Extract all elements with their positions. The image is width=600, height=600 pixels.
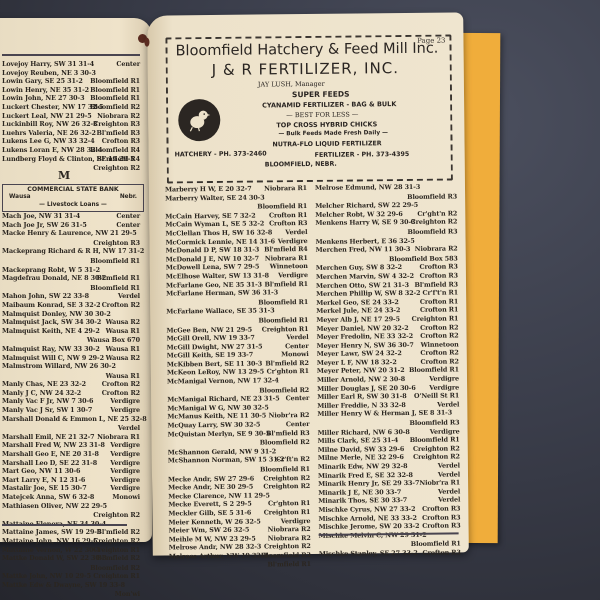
listing-name: Miller Arnold, NW 2 30-8 xyxy=(317,375,405,384)
listing-name: McFarlane Geo, NE 35 31-3 xyxy=(166,280,262,289)
listing-entry: Lovejoy Reuben, NE 3 30-3Bloomfield R1 xyxy=(2,69,140,78)
listing-town: Crofton R2 xyxy=(102,380,140,389)
listing-town: Verdigre xyxy=(278,237,308,246)
bank-tagline: — Livestock Loans — xyxy=(3,202,143,208)
listing-name: Miller Douglas J, SE 20 30-6 xyxy=(317,384,416,393)
right-column-1: Marberry H W, E 20 32-7Niobrara R1Marber… xyxy=(165,184,311,570)
listing-town: Verdigre xyxy=(110,406,140,415)
listing-name: Maibaum Konrad, SE 3 32-2 xyxy=(2,301,101,309)
listing-town: Crofton R3 xyxy=(422,504,460,513)
listing-name: Mattaine Vernon, W 22 30-4 xyxy=(2,546,100,554)
listing-name: Minarik Henry Jr, SE 29 33-7 xyxy=(318,479,419,488)
listing-town: Creighton R2 xyxy=(263,482,310,491)
listing-name: Milne David, SW 33 29-6 xyxy=(318,445,405,454)
listing-town: Creighton R1 xyxy=(93,572,140,581)
ad-chicks: TOP CROSS HYBRID CHICKS xyxy=(276,120,377,129)
listing-name: McElhose Walter, SW 13 31-8 xyxy=(166,271,269,280)
listing-name: McManus Keith, NE 11 30-5 xyxy=(167,412,266,421)
bank-title: COMMERCIAL STATE BANK xyxy=(3,186,143,193)
listing-continuation: Wausa R1 xyxy=(2,371,140,381)
listing-name: Melcher Richard, SW 22 29-5 xyxy=(315,201,418,210)
listing-name: Luckinbill Roy, NW 26 32-3 xyxy=(2,120,97,128)
listing-name: Mischke Cyrus, NW 27 33-2 xyxy=(318,505,415,514)
listing-name: Macke Henry & Laurence, NW 21 29-5 xyxy=(2,229,137,237)
listing-town: Crofton R1 xyxy=(420,297,458,306)
listing-town: Creighton R2 xyxy=(93,537,140,546)
listing-town: Verdigre xyxy=(110,459,140,468)
listing-name: Mastalir Joe, SE 15 30-7 xyxy=(2,484,87,492)
listing-name: Mattke Edw & Dwayne, SW 19 33-8 xyxy=(2,581,125,589)
listing-name: Magdefrau Donald, NE 8 30-2 xyxy=(2,274,106,282)
listing-entry: Mattke Edw & Dwayne, SW 19 33-8Mon'wi xyxy=(2,581,140,590)
listing-name: Manly Chas, NE 23 32-2 xyxy=(2,380,86,388)
listing-name: McCain Wyman L, SE 5 32-2 xyxy=(165,220,264,229)
listing-town: Verdel xyxy=(438,470,460,479)
hatchery-ad: Bloomfield Hatchery & Feed Mill Inc. J &… xyxy=(165,34,453,183)
listing-name: Marberry H W, E 20 32-7 xyxy=(165,185,252,194)
listing-entry: Malmquist Donley, NW 30 30-2Wausa R2 xyxy=(2,310,140,319)
listing-town: Wausa R1 xyxy=(106,327,140,336)
listing-town: Winnetoon xyxy=(421,340,459,349)
listing-town: Verdigre xyxy=(110,397,140,406)
listing-name: Milne Merle, NE 32 29-6 xyxy=(318,453,404,462)
listing-town: Bl'mfield R1 xyxy=(264,280,308,289)
listing-name: Merchen Guy, SW 8 32-2 xyxy=(316,263,402,272)
listing-name: McClellan Thos H, SW 16 32-8 xyxy=(165,228,272,237)
listing-entry: Mathiasen Oliver, NW 22 29-5 xyxy=(2,502,140,511)
listing-town: Bloomfield R1 xyxy=(90,77,140,86)
right-page: Page 23 Bloomfield Hatchery & Feed Mill … xyxy=(147,12,469,555)
listing-entry: Mach Joe, NW 31 31-4Center xyxy=(2,212,140,221)
listing-name: Luehrs Valeria, NE 26 32-2 xyxy=(2,129,96,137)
listing-name: McKibben Bert, SE 11 30-3 xyxy=(167,359,262,368)
listing-name: Melrose Arthur, NW 19 32-3 xyxy=(169,551,268,560)
listing-continuation: Creighton R2 xyxy=(2,510,140,520)
listing-name: Mattke Donald W, SW 22 30-3 xyxy=(2,554,107,562)
listing-town: Crofton R3 xyxy=(102,137,140,146)
ad-nutra-flo: NUTRA-FLO LIQUID FERTILIZER xyxy=(273,140,382,148)
bottom-rule xyxy=(2,524,127,526)
listing-name: Melcher Robt, W 32 29-6 xyxy=(315,210,403,219)
listing-town: Center xyxy=(116,60,140,69)
listing-entry: Marshall Leo D, SE 22 31-8Verdigre xyxy=(2,459,140,468)
listing-town: Verdel xyxy=(285,228,307,237)
listing-town: Mon'wi xyxy=(115,590,140,599)
listing-name: Lukens Loran E, NW 28 32-4 xyxy=(2,146,102,154)
listing-town: Verdigre xyxy=(110,476,140,485)
listing-town: Verdigre xyxy=(110,467,140,476)
ad-fertilizer-name: J & R FERTILIZER, INC. xyxy=(212,59,399,79)
listing-name: Miller Freddie, N 33 32-8 xyxy=(317,401,406,410)
listing-name: Meyer Daniel, NW 20 32-2 xyxy=(316,323,408,332)
listing-name: Meckler Gilb, SE 5 31-6 xyxy=(168,509,251,518)
listing-town: Verdigre xyxy=(430,427,460,436)
listing-name: McDonald J E, NW 10 32-7 xyxy=(166,254,259,263)
listing-town: Center xyxy=(286,394,310,403)
listing-name: Meyer Alb J, NE 17 29-5 xyxy=(316,315,400,324)
listing-town: Bl'mfield R3 xyxy=(266,429,310,438)
listing-name: Lowin John, NE 27 30-3 xyxy=(2,94,84,102)
listing-name: McFarlane Wallace, SE 35 31-3 xyxy=(166,307,274,316)
listing-town: Crofton R2 xyxy=(420,332,458,341)
listing-town: Verdigre xyxy=(429,383,459,392)
listing-town: Verdel xyxy=(438,496,460,505)
listing-name: Luckert Leal, NW 21 29-5 xyxy=(2,112,92,120)
listing-entry: Macke Henry & Laurence, NW 21 29-5 xyxy=(2,229,140,238)
listing-name: Marshall Leo D, SE 22 31-8 xyxy=(2,459,97,467)
listing-name: Malmquist Jack, SW 34 30-2 xyxy=(2,318,101,326)
listing-name: McKeon LeRoy, NW 13 29-5 xyxy=(167,368,264,377)
listing-name: McQuay Larry, SW 30 32-5 xyxy=(167,421,260,430)
listing-town: Monowi xyxy=(112,493,140,502)
listing-name: Merchen Fred, NW 11 30-3 xyxy=(316,245,411,254)
listing-name: Mackeprang Richard & R H, NW 17 31-2 xyxy=(2,247,144,255)
listing-name: Malmquist Donley, NW 30 30-2 xyxy=(2,310,111,318)
listing-name: McShannon Gerald, NW 9 31-2 xyxy=(168,447,276,456)
listing-town: Crofton R3 xyxy=(419,263,457,272)
listing-town: Crofton R3 xyxy=(422,513,460,522)
listing-entry: Mart Geo, NW 11 30-6Verdigre xyxy=(2,467,140,476)
listing-name: McManigal W G, NW 30 32-5 xyxy=(167,403,269,412)
listing-name: Meyer L F, NW 18 32-2 xyxy=(317,358,397,367)
listing-town: Center xyxy=(285,342,309,351)
listing-name: Lundberg Floyd & Clinton, SE 19 29-5 xyxy=(2,155,135,163)
listing-town: Wausa R2 xyxy=(106,318,140,327)
listing-name: Minarik Edw, NW 29 32-8 xyxy=(318,462,408,471)
listing-town: Center xyxy=(116,212,140,221)
ad-best-for-less: — BEST FOR LESS — xyxy=(286,110,358,119)
listing-entry: Mastalir Joe, SE 15 30-7Verdigre xyxy=(2,484,140,493)
listing-town: Crofton R3 xyxy=(269,219,307,228)
ad-location: BLOOMFIELD, NEBR. xyxy=(265,161,337,169)
listing-name: Mecke Andr, SW 27 29-6 xyxy=(168,474,254,483)
listing-town: Verdigre xyxy=(278,271,308,280)
listing-town: Creighton R3 xyxy=(93,120,140,129)
listing-name: Merkel Jule, NE 24 33-2 xyxy=(316,306,400,315)
listing-name: McGill Dwight, NW 27 31-5 xyxy=(167,342,263,351)
listing-name: Melrose Edmund, NW 28 31-3 xyxy=(315,183,420,192)
listing-name: McShannon Norman, SW 15 31-2 xyxy=(168,456,285,465)
listing-town: Crofton R3 xyxy=(422,522,460,531)
listing-entry: Matejcek Anna, SW 6 32-8Monowi xyxy=(2,493,140,502)
listing-entry: Manly J C, NW 24 32-2Crofton R2 xyxy=(2,389,140,398)
listing-name: McManigal Vernon, NW 17 32-4 xyxy=(167,376,279,385)
listing-town: Verdel xyxy=(438,487,460,496)
listing-town: Monowi xyxy=(281,350,309,359)
left-page: Lovejoy Harry, SW 31 31-4CenterLovejoy R… xyxy=(0,18,152,542)
listing-entry: Marshall Geo E, NE 20 31-8Verdigre xyxy=(2,450,140,459)
listing-name: Malmstrom Willard, NW 26 30-2 xyxy=(2,362,116,370)
listing-entry: Maibaum Konrad, SE 3 32-2Crofton R2 xyxy=(2,301,140,310)
listing-name: Miller Earl R, SW 30 31-8 xyxy=(317,392,407,401)
listing-name: Lukens Lee G, NW 33 32-4 xyxy=(2,137,95,145)
listing-continuation: Creighton R3 xyxy=(2,238,140,248)
listing-town: Crofton R3 xyxy=(420,271,458,280)
listing-entry: Mart Larry E, N 12 31-6Verdigre xyxy=(2,476,140,485)
listing-name: Manly Vac J Sr, SW 1 30-7 xyxy=(2,406,92,414)
listing-town: Niobrara R2 xyxy=(97,112,140,121)
listing-town: Niobrara R2 xyxy=(415,245,458,254)
listing-town: Wausa R2 xyxy=(106,354,140,363)
listing-name: Meier Kenneth, W 26 32-5 xyxy=(168,517,260,526)
listing-name: Miller Henry W & Herman J, SE 8 31-3 xyxy=(317,409,452,418)
ad-hatchery-phone: HATCHERY - PH. 373-2460 xyxy=(175,150,267,158)
listing-town: Verdigre xyxy=(110,450,140,459)
listing-name: Mischke Stanley, SE 27 33-2 xyxy=(319,549,418,558)
listing-name: Mattaine James, SW 19 29-5 xyxy=(2,528,101,536)
listing-name: Mart Larry E, N 12 31-6 xyxy=(2,476,85,484)
listing-town: Crofton R1 xyxy=(269,211,307,220)
listing-name: Mathiasen Oliver, NW 22 29-5 xyxy=(2,502,107,510)
listing-name: Manly Vac F Jr, NW 7 30-6 xyxy=(2,397,93,405)
listing-entry: Malmquist Ray, NW 33 30-2Wausa R1 xyxy=(2,345,140,354)
listing-entry: Mahon John, SW 22 33-8Verdel xyxy=(2,292,140,301)
listing-name: Meyer Fredolin, NE 33 32-2 xyxy=(317,332,414,341)
listing-name: McDowell Lena, SW 7 29-5 xyxy=(166,263,260,272)
section-letter: M xyxy=(58,169,70,182)
listing-name: Miller Richard, NW 6 30-8 xyxy=(318,428,410,437)
listing-town: Bloomfield R1 xyxy=(90,86,140,95)
listing-continuation: Bloomfield R1 xyxy=(2,256,140,266)
listing-name: Lowin Henry, NE 35 31-2 xyxy=(2,86,89,94)
listing-name: Meyer Henry N, SW 36 30-7 xyxy=(317,341,414,350)
listing-entry: Miller Henry W & Herman J, SE 8 31-3 xyxy=(317,409,459,419)
listing-town: Center xyxy=(286,420,310,429)
listing-name: Minarik Thos, SE 30 33-7 xyxy=(318,496,407,505)
listing-name: McGee Ben, NW 21 29-5 xyxy=(166,325,252,334)
listing-town: Center xyxy=(116,221,140,230)
listing-name: Lowin Gary, SE 25 31-2 xyxy=(2,77,83,85)
listing-name: McDonald D P, SW 18 31-3 xyxy=(166,246,260,255)
listing-town: Wausa R1 xyxy=(106,345,140,354)
listing-name: Meyer Peter, NW 20 31-2 xyxy=(317,366,405,375)
listing-continuation: Bloomfield R1 xyxy=(2,283,140,293)
bank-city: Wausa xyxy=(9,194,31,200)
listing-town: Verdel xyxy=(438,461,460,470)
listing-continuation: Bloomfield R2 xyxy=(2,563,140,573)
listing-name: Mahon John, SW 22 33-8 xyxy=(2,292,89,300)
listing-name: Meyer Lawr, SW 24 32-2 xyxy=(317,349,402,358)
listing-name: Marberry Walter, SE 24 30-3 xyxy=(165,193,265,202)
listing-name: Manly J C, NW 24 32-2 xyxy=(2,389,81,397)
listing-name: Matejcek Anna, SW 6 32-8 xyxy=(2,493,94,501)
listing-entry: Marshall Emil, NE 21 32-7Niobrara R1 xyxy=(2,433,140,442)
listing-entry: Mach Joe Jr, SW 26 31-5Center xyxy=(2,221,140,230)
listing-name: Marshall Emil, NE 21 32-7 xyxy=(2,433,95,441)
listing-entry: Mackeprang Richard & R H, NW 17 31-2 xyxy=(2,247,140,256)
listing-name: Mattke John, NW 10 29-5 xyxy=(2,572,91,580)
listing-town: Bl'mfield R2 xyxy=(97,528,140,537)
listing-name: Mach Joe, NW 31 31-4 xyxy=(2,212,80,220)
bank-ad: COMMERCIAL STATE BANK Wausa Nebr. — Live… xyxy=(2,184,144,212)
top-rule xyxy=(2,54,140,56)
listing-name: Mattaine John, NW 16 29-5 xyxy=(2,537,98,545)
listing-name: Merkel Geo, SE 24 33-2 xyxy=(316,298,399,307)
listing-continuation: Verdel xyxy=(2,423,140,433)
listing-town: Winnetoon xyxy=(270,262,308,271)
listing-entry: Manly Vac F Jr, NW 7 30-6Verdigre xyxy=(2,397,140,406)
listing-town: Cr'f't'n R1 xyxy=(422,289,458,298)
listing-name: Merchen Phillip W, SW 8 32-2 xyxy=(316,289,420,298)
listing-name: McGill Keith, SE 19 33-7 xyxy=(167,351,253,360)
left-top-entries: Lovejoy Harry, SW 31 31-4CenterLovejoy R… xyxy=(2,60,140,173)
ad-super-feeds: SUPER FEEDS xyxy=(292,90,350,100)
listing-name: McCain Harvey, SE 7 32-2 xyxy=(165,211,255,220)
listing-town: Verdel xyxy=(286,333,308,342)
listing-town: Verdel xyxy=(118,292,140,301)
listing-entry: Mackeprang Robt, W 5 31-2Bl'mfield R1 xyxy=(2,266,140,275)
listing-town: Bl'mfield R3 xyxy=(97,129,140,138)
listing-town: Crofton R2 xyxy=(420,323,458,332)
listing-name: Lovejoy Harry, SW 31 31-4 xyxy=(2,60,94,68)
listing-entry: Malmstrom Willard, NW 26 30-2 xyxy=(2,362,140,371)
listing-name: Meihle M W, NW 23 29-5 xyxy=(169,534,256,543)
listing-name: Malmquist Ray, NW 33 30-2 xyxy=(2,345,100,353)
listing-town: Cr'ght'n R2 xyxy=(417,209,457,218)
listing-name: Malmquist Keith, NE 4 29-2 xyxy=(2,327,100,335)
listing-town: Cr'ghton R1 xyxy=(267,367,309,376)
listing-name: McGill Orell, NW 19 33-7 xyxy=(167,334,255,343)
listing-continuation: Wausa Box 670 xyxy=(2,335,140,345)
listing-entry: Malmquist Will C, NW 9 29-2Wausa R2 xyxy=(2,354,140,363)
listing-town: Crofton R2 xyxy=(102,301,140,310)
listing-continuation: Creighton R2 xyxy=(2,163,140,173)
listing-entry: Marshall Fred W, NW 23 31-8Verdigre xyxy=(2,441,140,450)
listing-entry: Mattke John, NW 10 29-5Creighton R1 xyxy=(2,572,140,581)
chick-icon xyxy=(178,99,220,141)
listing-entry: Marshall Donald & Emmon L, NE 25 32-8 xyxy=(2,415,140,424)
listing-town: Bl'mfield R1 xyxy=(267,560,311,569)
listing-name: Mach Joe Jr, SW 26 31-5 xyxy=(2,221,87,229)
listing-name: Mecke Andr, NE 30 29-5 xyxy=(168,483,253,492)
listing-name: Minarik J E, NE 30 33-7 xyxy=(318,488,401,497)
ad-hatchery-name: Bloomfield Hatchery & Feed Mill Inc. xyxy=(175,41,438,60)
listing-name: Minarik Fred E, SE 32 32-8 xyxy=(318,471,413,480)
listing-name: Luckert Chester, NW 17 32-5 xyxy=(2,103,104,111)
listing-entry: Lovejoy Harry, SW 31 31-4Center xyxy=(2,60,140,69)
listing-town: Verdigre xyxy=(281,517,311,526)
ad-manager: JAY LUSH, Manager xyxy=(258,80,325,89)
listing-town: Bloomfield R1 xyxy=(90,94,140,103)
listing-name: Menkens Herbert, E 36 32-5 xyxy=(316,236,415,245)
listing-town: Verdigre xyxy=(110,484,140,493)
listing-name: Mischke Arnold, NE 33 33-2 xyxy=(318,513,416,522)
punch-hole xyxy=(144,38,149,47)
listing-name: Melrose Andr, NW 28 32-3 xyxy=(169,543,262,552)
listing-name: Meier Wm, SW 26 32-5 xyxy=(169,526,250,535)
listing-name: Marshall Fred W, NW 23 31-8 xyxy=(2,441,105,449)
listing-town: Crofton R2 xyxy=(102,389,140,398)
ad-bulk-feeds: — Bulk Feeds Made Fresh Daily — xyxy=(278,130,388,137)
listing-name: Mischke Jerome, SW 20 33-2 xyxy=(319,522,420,531)
listing-name: Menkens Harry W, SE 9 30-3 xyxy=(315,218,415,227)
listing-name: Malmquist Will C, NW 9 29-2 xyxy=(2,354,104,362)
bank-state: Nebr. xyxy=(120,194,137,200)
listing-town: Niobrara R1 xyxy=(264,184,307,193)
left-bottom-entries: Mach Joe, NW 31 31-4CenterMach Joe Jr, S… xyxy=(2,212,140,598)
listing-name: Mecke Everett, S 2 29-5 xyxy=(168,500,251,509)
listing-town: Crofton R3 xyxy=(422,548,460,557)
listing-name: Mackeprang Robt, W 5 31-2 xyxy=(2,266,100,274)
listing-name: McQuistan Merlyn, SE 9 30-5 xyxy=(168,429,271,438)
listing-town: Niobrara R1 xyxy=(97,433,140,442)
listing-name: Lovejoy Reuben, NE 3 30-3 xyxy=(2,69,96,77)
listing-town: Creighton R2 xyxy=(411,218,458,227)
listing-entry: Lundberg Floyd & Clinton, SE 19 29-5 xyxy=(2,155,140,164)
listing-name: Marshall Geo E, NE 20 31-8 xyxy=(2,450,99,458)
listing-entry: Mischke Stanley, SE 27 33-2Crofton R3 xyxy=(319,548,461,558)
listing-town: Crofton R2 xyxy=(420,357,458,366)
listing-town: Crofton R2 xyxy=(420,349,458,358)
listing-town: Verdigre xyxy=(110,441,140,450)
listing-name: Mecke Clarence, NW 11 29-5 xyxy=(168,491,270,500)
listing-name: Mart Geo, NW 11 30-6 xyxy=(2,467,80,475)
ad-cyanamid: CYANAMID FERTILIZER - BAG & BULK xyxy=(262,100,396,109)
listing-entry: Manly Chas, NE 23 32-2Crofton R2 xyxy=(2,380,140,389)
listing-town: Crofton R1 xyxy=(420,306,458,315)
right-column-2: Melrose Edmund, NW 28 31-3Bloomfield R3M… xyxy=(315,182,461,558)
ad-fertilizer-phone: FERTILIZER - PH. 373-4395 xyxy=(315,151,410,159)
listing-name: Marshall Donald & Emmon L, NE 25 32-8 xyxy=(2,415,147,423)
listing-name: Merchen Otto, SW 21 31-3 xyxy=(316,280,409,289)
listing-town: Verdel xyxy=(437,400,459,409)
listing-name: Mills Clark, SE 25 31-4 xyxy=(318,436,399,445)
listing-name: McFarlane Herman, SW 36 31-3 xyxy=(166,288,278,297)
listing-name: Merchen Marvin, SW 4 32-2 xyxy=(316,272,414,281)
listing-entry: Manly Vac J Sr, SW 1 30-7Verdigre xyxy=(2,406,140,415)
listing-town: Verdigre xyxy=(429,374,459,383)
